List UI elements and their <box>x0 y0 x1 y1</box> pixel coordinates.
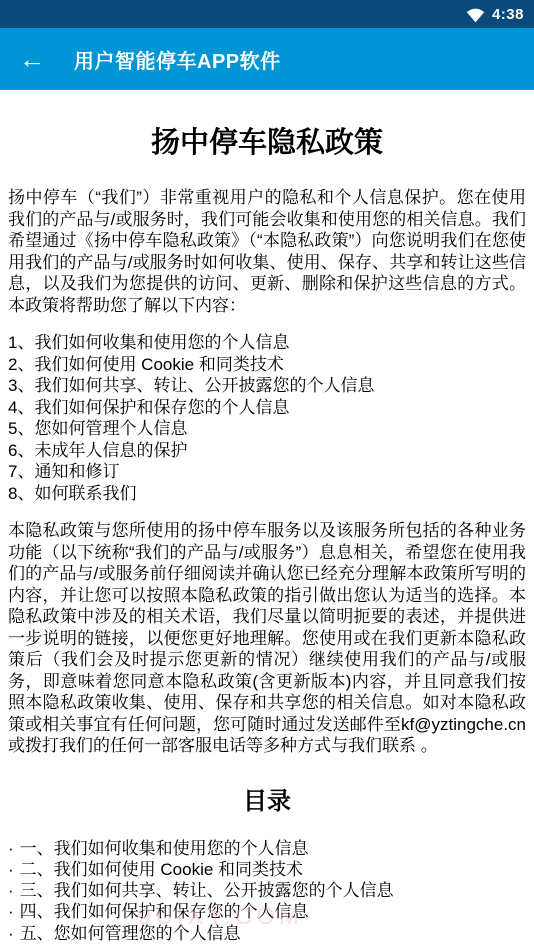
list-item: 6、未成年人信息的保护 <box>8 440 526 462</box>
policy-body-paragraph: 本隐私政策与您所使用的扬中停车服务以及该服务所包括的各种业务功能（以下统称“我们… <box>8 520 526 757</box>
toc-item: · 四、我们如何保护和保存您的个人信息 <box>8 901 526 922</box>
list-item: 2、我们如何使用 Cookie 和同类技术 <box>8 354 526 376</box>
bullet-icon: · <box>8 880 14 901</box>
toc-list: · 一、我们如何收集和使用您的个人信息 · 二、我们如何使用 Cookie 和同… <box>8 838 526 944</box>
toc-item: · 二、我们如何使用 Cookie 和同类技术 <box>8 859 526 880</box>
bullet-icon: · <box>8 859 14 880</box>
toc-item: · 三、我们如何共享、转让、公开披露您的个人信息 <box>8 880 526 901</box>
bullet-icon: · <box>8 923 14 944</box>
status-time: 4:38 <box>492 6 524 23</box>
list-item: 4、我们如何保护和保存您的个人信息 <box>8 397 526 419</box>
back-arrow-icon: ← <box>19 46 45 72</box>
app-bar: ← 用户智能停车APP软件 <box>0 28 534 90</box>
app-bar-title: 用户智能停车APP软件 <box>74 45 281 74</box>
bullet-icon: · <box>8 901 14 922</box>
app-screen: 4:38 ← 用户智能停车APP软件 扬中停车隐私政策 扬中停车（“我们”）非常… <box>0 0 534 949</box>
status-bar: 4:38 <box>0 0 534 28</box>
toc-item-label: 二、我们如何使用 Cookie 和同类技术 <box>20 859 303 880</box>
list-item: 8、如何联系我们 <box>8 483 526 505</box>
policy-topics-list: 1、我们如何收集和使用您的个人信息 2、我们如何使用 Cookie 和同类技术 … <box>8 332 526 504</box>
list-item: 3、我们如何共享、转让、公开披露您的个人信息 <box>8 375 526 397</box>
toc-item-label: 三、我们如何共享、转让、公开披露您的个人信息 <box>20 880 394 901</box>
toc-item-label: 五、您如何管理您的个人信息 <box>20 923 241 944</box>
list-item: 1、我们如何收集和使用您的个人信息 <box>8 332 526 354</box>
wifi-icon <box>466 6 485 23</box>
policy-title: 扬中停车隐私政策 <box>8 120 526 161</box>
list-item: 7、通知和修订 <box>8 461 526 483</box>
bullet-icon: · <box>8 838 14 859</box>
toc-heading: 目录 <box>8 781 526 816</box>
policy-content-scroll-area[interactable]: 扬中停车隐私政策 扬中停车（“我们”）非常重视用户的隐私和个人信息保护。您在使用… <box>0 90 534 944</box>
toc-item: · 五、您如何管理您的个人信息 <box>8 923 526 944</box>
list-item: 5、您如何管理个人信息 <box>8 418 526 440</box>
toc-item-label: 四、我们如何保护和保存您的个人信息 <box>20 901 309 922</box>
toc-item: · 一、我们如何收集和使用您的个人信息 <box>8 838 526 859</box>
back-button[interactable]: ← <box>12 39 52 79</box>
policy-intro-paragraph: 扬中停车（“我们”）非常重视用户的隐私和个人信息保护。您在使用我们的产品与/或服… <box>8 187 526 316</box>
toc-item-label: 一、我们如何收集和使用您的个人信息 <box>20 838 309 859</box>
